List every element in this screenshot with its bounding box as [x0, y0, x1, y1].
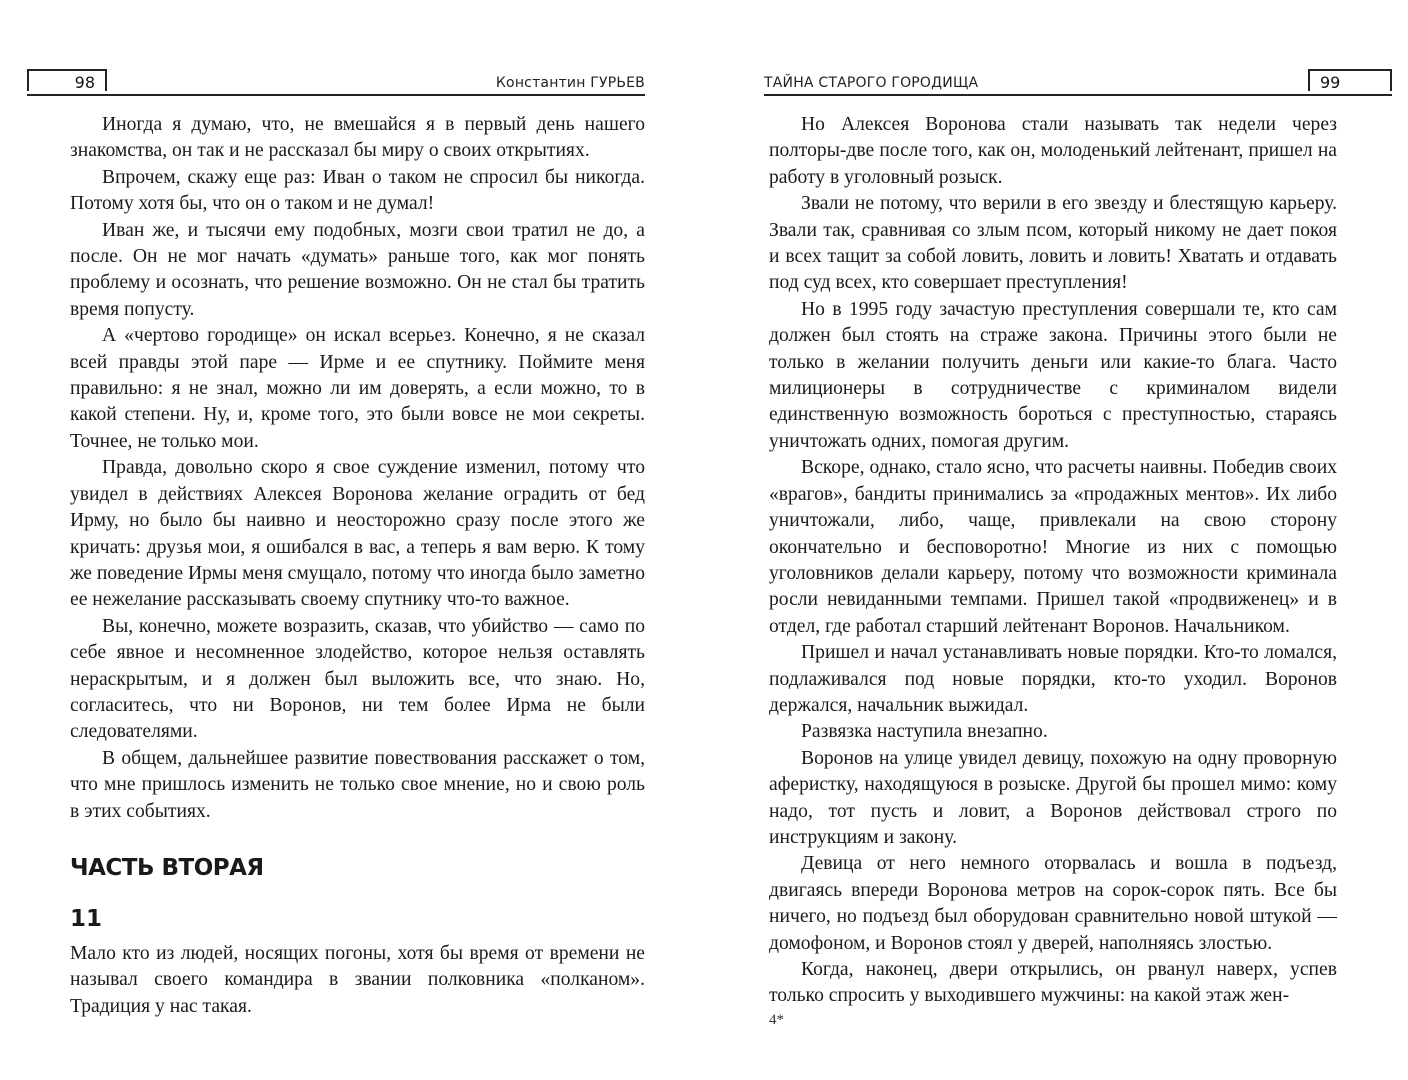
right-page-body: Но Алексея Воронова стали называть так н… [769, 112, 1337, 1010]
left-page-body: Иногда я думаю, что, не вмешайся я в пер… [70, 112, 645, 1020]
paragraph: Но Алексея Воронова стали называть так н… [769, 112, 1337, 191]
paragraph: Мало кто из людей, носящих погоны, хотя … [70, 941, 645, 1020]
paragraph: Иногда я думаю, что, не вмешайся я в пер… [70, 112, 645, 165]
paragraph: Вскоре, однако, стало ясно, что расчеты … [769, 455, 1337, 640]
chapter-number: 11 [70, 902, 645, 936]
paragraph: Правда, довольно скоро я свое суждение и… [70, 455, 645, 613]
running-header-left: 98 Константин ГУРЬЕВ [27, 72, 645, 96]
running-head-author: Константин ГУРЬЕВ [496, 75, 645, 91]
paragraph: А «чертово городище» он искал всерьез. К… [70, 323, 645, 455]
paragraph: Когда, наконец, двери открылись, он рван… [769, 957, 1337, 1010]
paragraph: Впрочем, скажу еще раз: Иван о таком не … [70, 165, 645, 218]
paragraph: Вы, конечно, можете возразить, сказав, ч… [70, 614, 645, 746]
left-page: 98 Константин ГУРЬЕВ Иногда я думаю, что… [0, 0, 704, 1080]
signature-mark: 4* [769, 1012, 784, 1029]
paragraph: Но в 1995 году зачастую преступления сов… [769, 297, 1337, 455]
paragraph: Звали не потому, что верили в его звезду… [769, 191, 1337, 297]
paragraph: Иван же, и тысячи ему подобных, мозги св… [70, 218, 645, 324]
paragraph: Воронов на улице увидел девицу, похожую … [769, 746, 1337, 852]
paragraph: Пришел и начал устанавливать новые поряд… [769, 640, 1337, 719]
page-number-box: 98 [27, 69, 107, 91]
paragraph: Девица от него немного оторвалась и вошл… [769, 851, 1337, 957]
part-title: ЧАСТЬ ВТОРАЯ [70, 851, 645, 885]
running-header-right: ТАЙНА СТАРОГО ГОРОДИЩА 99 [764, 72, 1392, 96]
paragraph: В общем, дальнейшее развитие повествован… [70, 746, 645, 825]
running-head-book-title: ТАЙНА СТАРОГО ГОРОДИЩА [764, 75, 978, 91]
right-page: ТАЙНА СТАРОГО ГОРОДИЩА 99 Но Алексея Вор… [704, 0, 1408, 1080]
paragraph: Развязка наступила внезапно. [769, 719, 1337, 745]
page-number-box: 99 [1308, 69, 1392, 91]
